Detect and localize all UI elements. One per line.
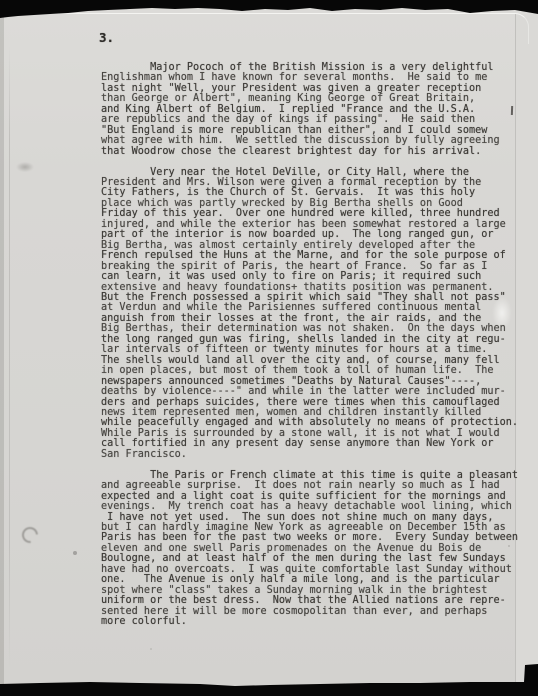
paper-left-edge-shadow — [0, 8, 4, 686]
text-line: deaths by violence----" and while in the… — [101, 387, 531, 397]
text-line: San Francisco. — [101, 450, 531, 460]
text-line: that Woodrow chose the clearest brightes… — [101, 147, 531, 157]
text-line: more colorful. — [101, 617, 531, 627]
text-line: can learn, it was used only to fire on P… — [101, 272, 531, 282]
document-body: Major Pococh of the British Mission is a… — [101, 63, 531, 638]
paragraph: The Paris or French climate at this time… — [101, 471, 531, 628]
paragraph: Major Pococh of the British Mission is a… — [101, 63, 531, 157]
text-line: evenings. My trench coat has a heavy det… — [101, 502, 531, 512]
scanned-letter-page: 3. Major Pococh of the British Mission i… — [0, 0, 538, 696]
ink-smudge — [16, 162, 34, 172]
paragraph: Very near the Hotel DeVille, or City Hal… — [101, 168, 531, 461]
paper-crease — [9, 45, 10, 671]
page-number: 3. — [99, 30, 114, 45]
